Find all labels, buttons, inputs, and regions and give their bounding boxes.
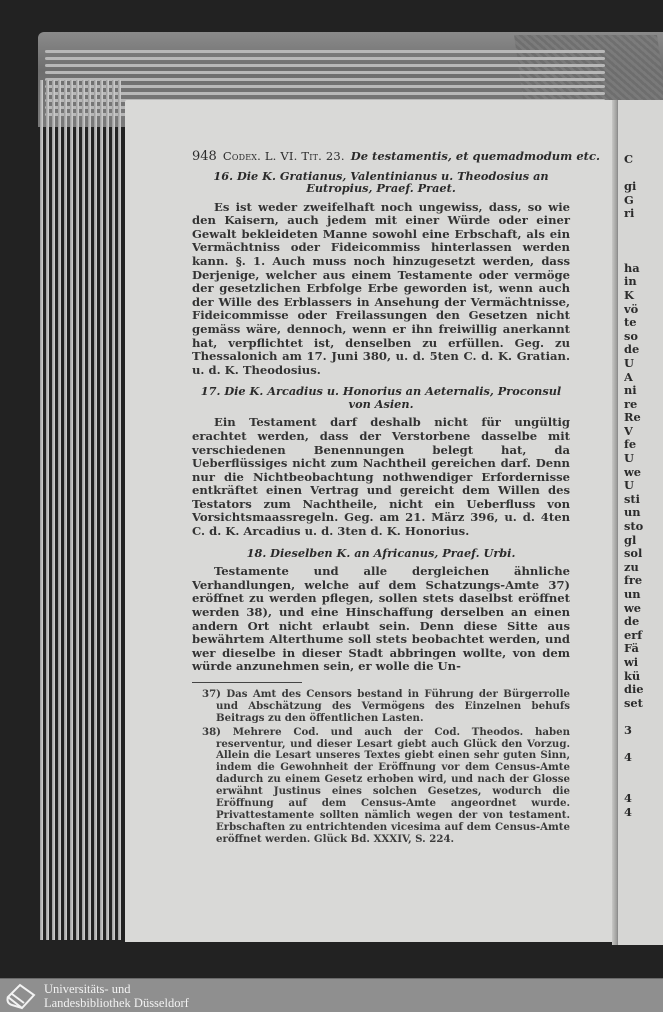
right-page-fragment: [624, 765, 663, 779]
footnote-37: 37) Das Amt des Censors bestand in Führu…: [192, 689, 570, 725]
footnote-38: 38) Mehrere Cod. und auch der Cod. Theod…: [192, 727, 570, 846]
right-page-fragment: gi: [624, 180, 663, 194]
right-page-fragment: ri: [624, 207, 663, 221]
right-page-fragment: re: [624, 398, 663, 412]
right-page-fragment: un: [624, 506, 663, 520]
right-page-fragment: 3: [624, 724, 663, 738]
section-18-heading: 18. Dieselben K. an Africanus, Praef. Ur…: [192, 547, 570, 560]
right-page-fragment: [624, 248, 663, 262]
right-page-fragment: fre: [624, 574, 663, 588]
right-page-text-fragments: CgiGrihainKvötesodeUAnireReVfeUweUstiuns…: [624, 153, 663, 819]
right-page-fragment: gl: [624, 534, 663, 548]
right-page-fragment: [624, 221, 663, 235]
right-page-fragment: V: [624, 425, 663, 439]
right-page-fragment: in: [624, 275, 663, 289]
section-heading-line: 18. Dieselben K. an Africanus, Praef. Ur…: [247, 546, 516, 560]
right-page-fragment: zu: [624, 561, 663, 575]
running-head-subtitle: De testamentis, et quemadmodum etc.: [351, 150, 600, 164]
right-page-fragment: U: [624, 452, 663, 466]
section-18-paragraph: Testamente und alle dergleichen ähnliche…: [192, 565, 570, 674]
section-16-heading: 16. Die K. Gratianus, Valentinianus u. T…: [192, 170, 570, 195]
right-page-fragment: ni: [624, 384, 663, 398]
section-heading-sub: Eutropius, Praef. Praet.: [192, 182, 570, 195]
right-page-fragment: U: [624, 479, 663, 493]
library-footer-bar: Universitäts- und Landesbibliothek Düsse…: [0, 978, 663, 1012]
right-page-fragment: wi: [624, 656, 663, 670]
right-page-fragment: ha: [624, 262, 663, 276]
footnotes: 37) Das Amt des Censors bestand in Führu…: [192, 689, 570, 846]
left-page-text: 948 Codex. L. VI. Tit. 23. De testamenti…: [192, 150, 570, 848]
right-page-fragment: set: [624, 697, 663, 711]
section-17-heading: 17. Die K. Arcadius u. Honorius an Aeter…: [192, 385, 570, 410]
right-page-fragment: sti: [624, 493, 663, 507]
right-page-fragment: 4: [624, 792, 663, 806]
right-page-fragment: die: [624, 683, 663, 697]
right-page-fragment: C: [624, 153, 663, 167]
running-head-title: Codex. L. VI. Tit. 23.: [223, 150, 345, 164]
right-page-fragment: de: [624, 343, 663, 357]
page-stack-left: [40, 80, 125, 940]
running-head: 948 Codex. L. VI. Tit. 23. De testamenti…: [192, 150, 570, 164]
library-book-logo-icon: [4, 981, 38, 1011]
right-page-fragment: we: [624, 466, 663, 480]
right-page-fragment: sol: [624, 547, 663, 561]
right-page-fragment: de: [624, 615, 663, 629]
right-page-fragment: vö: [624, 303, 663, 317]
right-page-fragment: [624, 710, 663, 724]
right-page-fragment: 4: [624, 806, 663, 820]
right-page-fragment: Re: [624, 411, 663, 425]
right-page-fragment: te: [624, 316, 663, 330]
section-16-paragraph: Es ist weder zweifelhaft noch ungewiss, …: [192, 201, 570, 378]
right-page-fragment: we: [624, 602, 663, 616]
right-page-fragment: U: [624, 357, 663, 371]
right-page-fragment: [624, 167, 663, 181]
right-page-fragment: so: [624, 330, 663, 344]
right-page-fragment: fe: [624, 438, 663, 452]
book-scan: 948 Codex. L. VI. Tit. 23. De testamenti…: [0, 0, 663, 978]
right-page-fragment: sto: [624, 520, 663, 534]
library-name-line2: Landesbibliothek Düsseldorf: [44, 996, 189, 1010]
library-name: Universitäts- und Landesbibliothek Düsse…: [44, 982, 189, 1010]
right-page-fragment: kü: [624, 670, 663, 684]
right-page-fragment: un: [624, 588, 663, 602]
right-page-fragment: K: [624, 289, 663, 303]
footnote-divider: [192, 682, 302, 683]
page-number: 948: [192, 150, 217, 164]
section-heading-sub: von Asien.: [192, 398, 570, 411]
library-name-line1: Universitäts- und: [44, 982, 189, 996]
section-17-paragraph: Ein Testament darf deshalb nicht für ung…: [192, 416, 570, 538]
right-page-fragment: A: [624, 371, 663, 385]
right-page-fragment: 4: [624, 751, 663, 765]
right-page-fragment: G: [624, 194, 663, 208]
right-page-fragment: [624, 235, 663, 249]
right-page-fragment: Fä: [624, 642, 663, 656]
right-page-fragment: [624, 778, 663, 792]
right-page-fragment: [624, 738, 663, 752]
right-page-fragment: erf: [624, 629, 663, 643]
